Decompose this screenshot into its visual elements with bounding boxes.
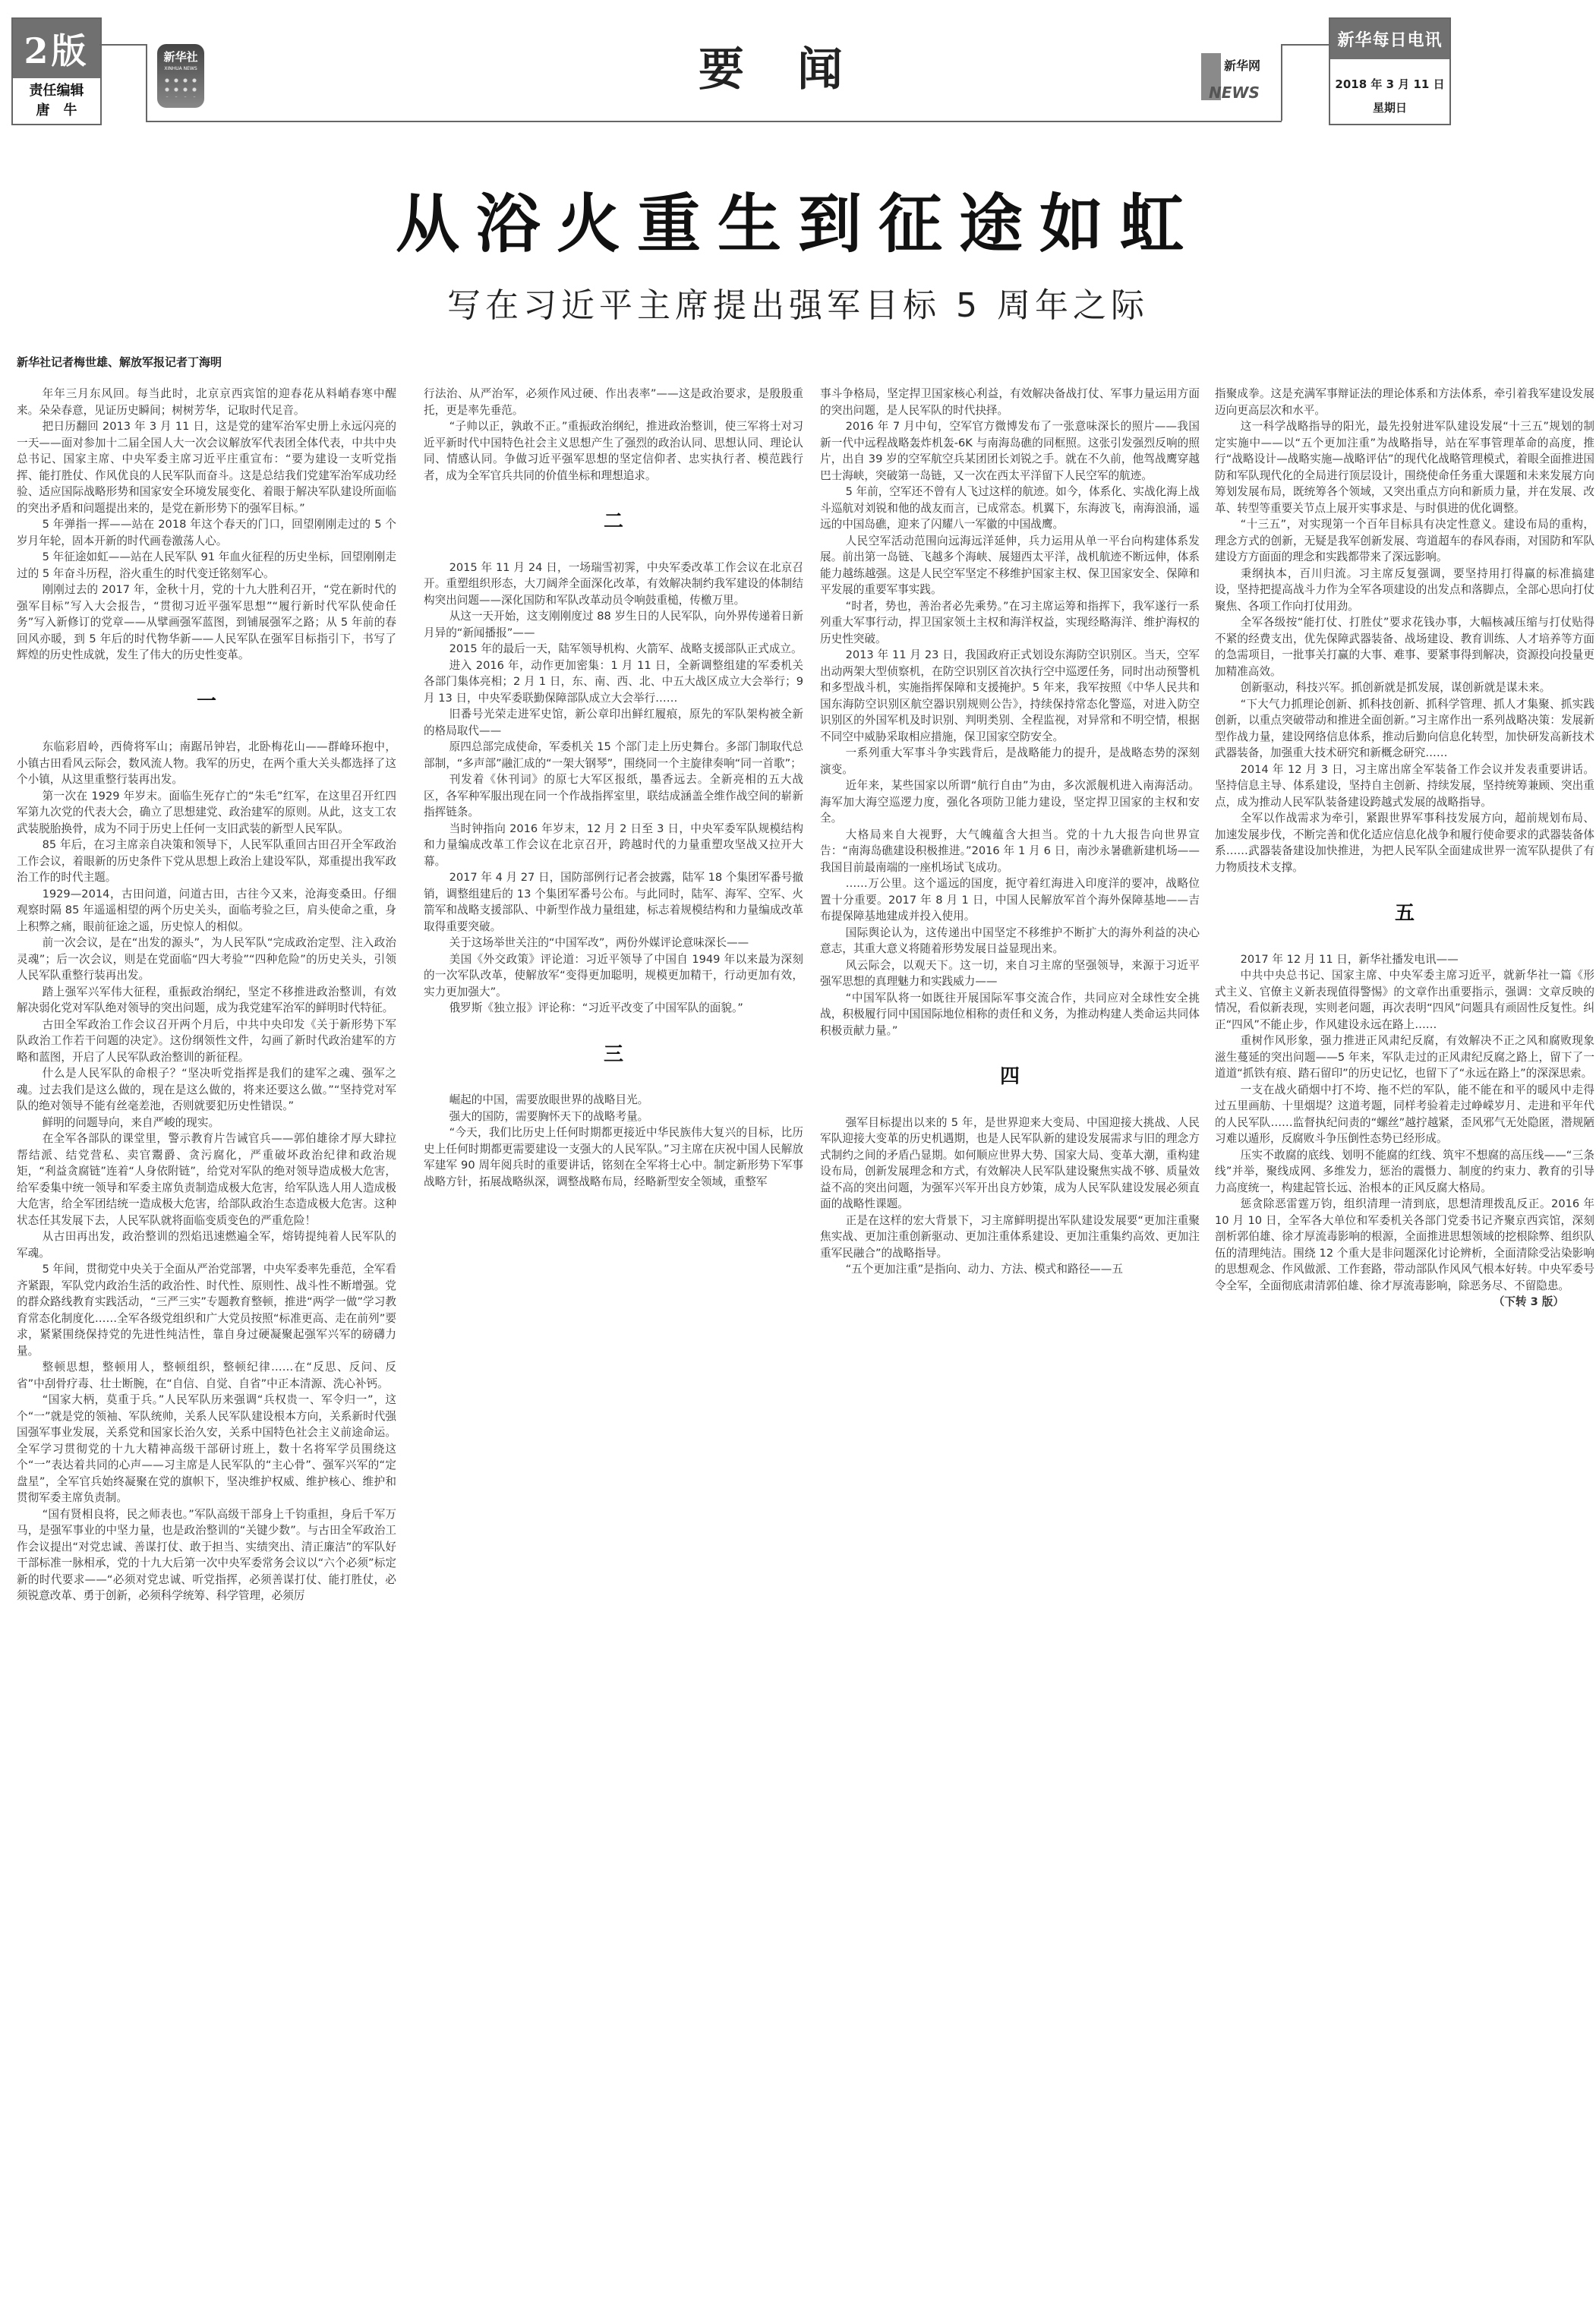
paragraph: 一支在战火硝烟中打不垮、拖不烂的军队，能不能在和平的暖风中走得过五里画舫、十里烟… (1215, 1082, 1594, 1147)
header-rule-left (99, 44, 147, 46)
xinhuanet-logo-cn: 新华网 (1224, 56, 1260, 74)
header-rule-right (1281, 44, 1329, 46)
paragraph: 鲜明的问题导向，来自严峻的现实。 (17, 1115, 396, 1131)
paragraph: “子帅以正，孰敢不正。”重振政治纲纪，推进政治整训，使三军将士对习近平新时代中国… (424, 418, 803, 484)
page-badge: 2版 责任编辑 唐 牛 (11, 17, 102, 125)
paragraph: 从古田再出发，政治整训的烈焰迅速燃遍全军，熔铸提纯着人民军队的军魂。 (17, 1229, 396, 1261)
xinhua-logo-cn: 新华社 (163, 50, 197, 64)
xinhua-logo-en: XINHUA NEWS (157, 66, 204, 71)
paragraph: 行法治、从严治军，必须作风过硬、作出表率”——这是政治要求，是殷殷重托，更是率先… (424, 386, 803, 418)
article-column-3: 事斗争格局，坚定捍卫国家核心利益，有效解决备战打仗、军事力量运用方面的突出问题，… (820, 386, 1200, 1278)
paragraph: 国际舆论认为，这传递出中国坚定不移维护不断扩大的海外利益的决心意志，其重大意义将… (820, 925, 1200, 957)
paragraph: 强军目标提出以来的 5 年，是世界迎来大变局、中国迎接大挑战、人民军队迎接大变革… (820, 1115, 1200, 1213)
paper-name: 新华每日电讯 (1330, 19, 1449, 59)
paragraph: 秉纲执本，百川归流。习主席反复强调，要坚持用打得赢的标准搞建设，坚持把提高战斗力… (1215, 566, 1594, 615)
paragraph: 事斗争格局，坚定捍卫国家核心利益，有效解决备战打仗、军事力量运用方面的突出问题，… (820, 386, 1200, 418)
paragraph: 中共中央总书记、国家主席、中央军委主席习近平，就新华社一篇《形式主义、官僚主义新… (1215, 967, 1594, 1033)
paragraph: 指聚成拳。这是充满军事辩证法的理论体系和方法体系，牵引着我军建设发展迈向更高层次… (1215, 386, 1594, 418)
xinhuanet-logo: 新华网 NEWS (1201, 53, 1273, 103)
paragraph: 近年来，某些国家以所谓“航行自由”为由，多次派舰机进入南海活动。海军加大海空巡逻… (820, 778, 1200, 827)
paragraph: 刊发着《休刊词》的原七大军区报纸，墨香远去。全新亮相的五大战区，各军种军服出现在… (424, 771, 803, 821)
paragraph: 正是在这样的宏大背景下，习主席鲜明提出军队建设发展要“更加注重聚焦实战、更加注重… (820, 1213, 1200, 1262)
paragraph: 5 年间，贯彻党中央关于全面从严治党部署，中央军委率先垂范，全军看齐紧跟，军队党… (17, 1261, 396, 1359)
paragraph: “五个更加注重”是指向、动力、方法、模式和路径——五 (820, 1261, 1200, 1278)
network-dots-icon (162, 76, 199, 97)
paragraph: 1929—2014，古田问道，问道古田，古往今又来，沧海变桑田。仔细观察时隔 8… (17, 886, 396, 935)
paragraph: 当时钟指向 2016 年岁末，12 月 2 日至 3 日，中央军委军队规模结构和… (424, 821, 803, 870)
subheadline: 写在习近平主席提出强军目标 5 周年之际 (0, 278, 1596, 326)
paragraph: 进入 2016 年，动作更加密集：1 月 11 日，全新调整组建的军委机关各部门… (424, 658, 803, 707)
section-marker: 四 (820, 1069, 1200, 1086)
paragraph: 年年三月东风回。每当此时，北京京西宾馆的迎春花从料峭春寒中醒来。朵朵春意，见证历… (17, 386, 396, 418)
paragraph: 风云际会，以观天下。这一切，来自习主席的坚强领导，来源于习近平强军思想的真理魅力… (820, 957, 1200, 990)
paragraph: 2017 年 12 月 11 日，新华社播发电讯—— (1215, 951, 1594, 968)
paragraph: 旧番号光荣走进军史馆，新公章印出鲜红履痕，原先的军队架构被全新的格局取代—— (424, 706, 803, 739)
paragraph: 2017 年 4 月 27 日，国防部例行记者会披露，陆军 18 个集团军番号撤… (424, 869, 803, 935)
paragraph: 美国《外交政策》评论道：习近平领导了中国自 1949 年以来最为深刻的一次军队改… (424, 951, 803, 1001)
paragraph: 前一次会议，是在“出发的源头”，为人民军队“完成政治定型、注入政治灵魂”；后一次… (17, 935, 396, 984)
paragraph: 大格局来自大视野，大气魄蕴含大担当。党的十九大报告向世界宣告：“南海岛礁建设积极… (820, 827, 1200, 876)
header-rule-bottom (146, 121, 1282, 122)
header-rule-left-drop (146, 44, 147, 121)
section-marker: 二 (424, 514, 803, 531)
section-title: 要闻 (668, 33, 926, 99)
continued-note[interactable]: （下转 3 版） (1215, 1294, 1594, 1311)
paragraph: 什么是人民军队的命根子？“坚决听党指挥是我们的建军之魂、强军之魂。过去我们是这么… (17, 1065, 396, 1115)
paragraph: “今天，我们比历史上任何时期都更接近中华民族伟大复兴的目标，比历史上任何时期都更… (424, 1124, 803, 1190)
xinhuanet-logo-en: NEWS (1209, 84, 1260, 102)
article-column-1: 年年三月东风回。每当此时，北京京西宾馆的迎春花从料峭春寒中醒来。朵朵春意，见证历… (17, 386, 396, 1604)
paragraph: 崛起的中国，需要放眼世界的战略目光。 (424, 1092, 803, 1109)
paragraph: 压实不敢腐的底线、划明不能腐的红线、筑牢不想腐的高压线——“三条线”并举，聚线成… (1215, 1147, 1594, 1197)
paragraph: “中国军队将一如既往开展国际军事交流合作，共同应对全球性安全挑战，积极履行同中国… (820, 990, 1200, 1039)
paragraph: 强大的国防，需要胸怀天下的战略考量。 (424, 1109, 803, 1125)
paragraph: 这一科学战略指导的阳光，最先投射进军队建设发展“十三五”规划的制定实施中——以“… (1215, 418, 1594, 516)
paragraph: 俄罗斯《独立报》评论称：“习近平改变了中国军队的面貌。” (424, 1000, 803, 1017)
paragraph: 把日历翻回 2013 年 3 月 11 日，这是党的建军治军史册上永远闪亮的一天… (17, 418, 396, 516)
paragraph: 2016 年 7 月中旬，空军官方微博发布了一张意味深长的照片——我国新一代中远… (820, 418, 1200, 484)
article-column-2: 行法治、从严治军，必须作风过硬、作出表率”——这是政治要求，是殷殷重托，更是率先… (424, 386, 803, 1190)
masthead-box: 新华每日电讯 2018 年 3 月 11 日 星期日 (1329, 17, 1451, 125)
paragraph: “下大气力抓理论创新、抓科技创新、抓科学管理、抓人才集聚、抓实践创新，以重点突破… (1215, 696, 1594, 762)
paragraph: 2013 年 11 月 23 日，我国政府正式划设东海防空识别区。当天，空军出动… (820, 647, 1200, 745)
paragraph: 刚刚过去的 2017 年，金秋十月，党的十九大胜利召开，“党在新时代的强军目标”… (17, 582, 396, 664)
byline: 新华社记者梅世雄、解放军报记者丁海明 (17, 354, 222, 370)
xinhua-logo: 新华社 XINHUA NEWS (157, 44, 204, 108)
paragraph: 一系列重大军事斗争实践背后，是战略能力的提升，是战略态势的深刻演变。 (820, 745, 1200, 778)
paragraph: 2014 年 12 月 3 日，习主席出席全军装备工作会议并发表重要讲话。坚持信… (1215, 762, 1594, 811)
paragraph: 古田全军政治工作会议召开两个月后，中共中央印发《关于新形势下军队政治工作若干问题… (17, 1017, 396, 1066)
paragraph: 东临彩眉岭，西倚将军山；南踞吊钟岩，北卧梅花山——群峰环抱中，小镇古田看风云际会… (17, 739, 396, 788)
paragraph: “十三五”，对实现第一个百年目标具有决定性意义。建设布局的重构，理念方式的创新，… (1215, 516, 1594, 566)
section-marker: 一 (17, 694, 396, 711)
paragraph: 85 年后，在习主席亲自决策和领导下，人民军队重回古田召开全军政治工作会议，着眼… (17, 837, 396, 886)
header-rule-right-drop (1281, 44, 1282, 121)
paragraph: 原四总部完成使命，军委机关 15 个部门走上历史舞台。多部门制取代总部制，“多声… (424, 739, 803, 771)
paragraph: “时者，势也，善治者必先乘势。”在习主席运筹和指挥下，我军遂行一系列重大军事行动… (820, 598, 1200, 648)
paragraph: 第一次在 1929 年岁末。面临生死存亡的“朱毛”红军，在这里召开红四军第九次党… (17, 788, 396, 837)
editor-label: 责任编辑 (13, 81, 100, 101)
paragraph: 全军各级按“能打仗、打胜仗”要求花钱办事，大幅核减压缩与打仗贴得不紧的经费支出，… (1215, 614, 1594, 680)
paragraph: 踏上强军兴军伟大征程，重振政治纲纪，坚定不移推进政治整训，有效解决弱化党对军队绝… (17, 984, 396, 1017)
paragraph: 2015 年 11 月 24 日，一场瑞雪初霁，中央军委改革工作会议在北京召开。… (424, 560, 803, 609)
paragraph: ……万公里。这个遥远的国度，扼守着红海进入印度洋的要冲，战略位置十分重要。201… (820, 875, 1200, 925)
headline: 从浴火重生到征途如虹 (0, 173, 1596, 265)
issue-date: 2018 年 3 月 11 日 (1330, 76, 1449, 92)
paragraph: 关于这场举世关注的“中国军改”，两份外媒评论意味深长—— (424, 935, 803, 951)
paragraph: 人民空军活动范围向远海远洋延伸，兵力运用从单一平台向构建体系发展。前出第一岛链、… (820, 533, 1200, 598)
section-marker: 三 (424, 1047, 803, 1064)
paragraph: 整顿思想，整顿用人，整顿组织，整顿纪律……在“反思、反问、反省”中刮骨疗毒、壮士… (17, 1359, 396, 1392)
paragraph: 惩贪除恶雷霆万钧，组织清理一清到底，思想清理拨乱反正。2016 年 10 月 1… (1215, 1196, 1594, 1294)
paragraph: 5 年征途如虹——站在人民军队 91 年血火征程的历史坐标，回望刚刚走过的 5 … (17, 549, 396, 582)
paragraph: 重树作风形象，强力推进正风肃纪反腐，有效解决不正之风和腐败现象滋生蔓延的突出问题… (1215, 1033, 1594, 1082)
paragraph: “国家大柄，莫重于兵。”人民军队历来强调“兵权贵一、军令归一”，这个“一”就是党… (17, 1392, 396, 1506)
editor-name: 唐 牛 (13, 101, 100, 121)
paragraph: 5 年弹指一挥——站在 2018 年这个春天的门口，回望刚刚走过的 5 个岁月年… (17, 516, 396, 549)
issue-weekday: 星期日 (1330, 99, 1449, 115)
paragraph: 2015 年的最后一天，陆军领导机构、火箭军、战略支援部队正式成立。 (424, 641, 803, 658)
paragraph: 在全军各部队的课堂里，警示教育片告诫官兵——郭伯雄徐才厚大肆拉帮结派、结党营私、… (17, 1131, 396, 1229)
page-number: 2版 (13, 19, 100, 78)
section-marker: 五 (1215, 906, 1594, 923)
article-column-4: 指聚成拳。这是充满军事辩证法的理论体系和方法体系，牵引着我军建设发展迈向更高层次… (1215, 386, 1594, 1311)
paragraph: 从这一天开始，这支刚刚度过 88 岁生日的人民军队，向外界传递着日新月异的“新闻… (424, 608, 803, 641)
paragraph: 创新驱动，科技兴军。抓创新就是抓发展，谋创新就是谋未来。 (1215, 680, 1594, 696)
paragraph: “国有贤相良将，民之师表也。”军队高级干部身上千钧重担，身后千军万马，是强军事业… (17, 1506, 396, 1604)
paragraph: 全军以作战需求为牵引，紧跟世界军事科技发展方向，超前规划布局、加速发展步伐，不断… (1215, 810, 1594, 875)
paragraph: 5 年前，空军还不曾有人飞过这样的航迹。如今，体系化、实战化海上战斗巡航对刘锐和… (820, 484, 1200, 533)
